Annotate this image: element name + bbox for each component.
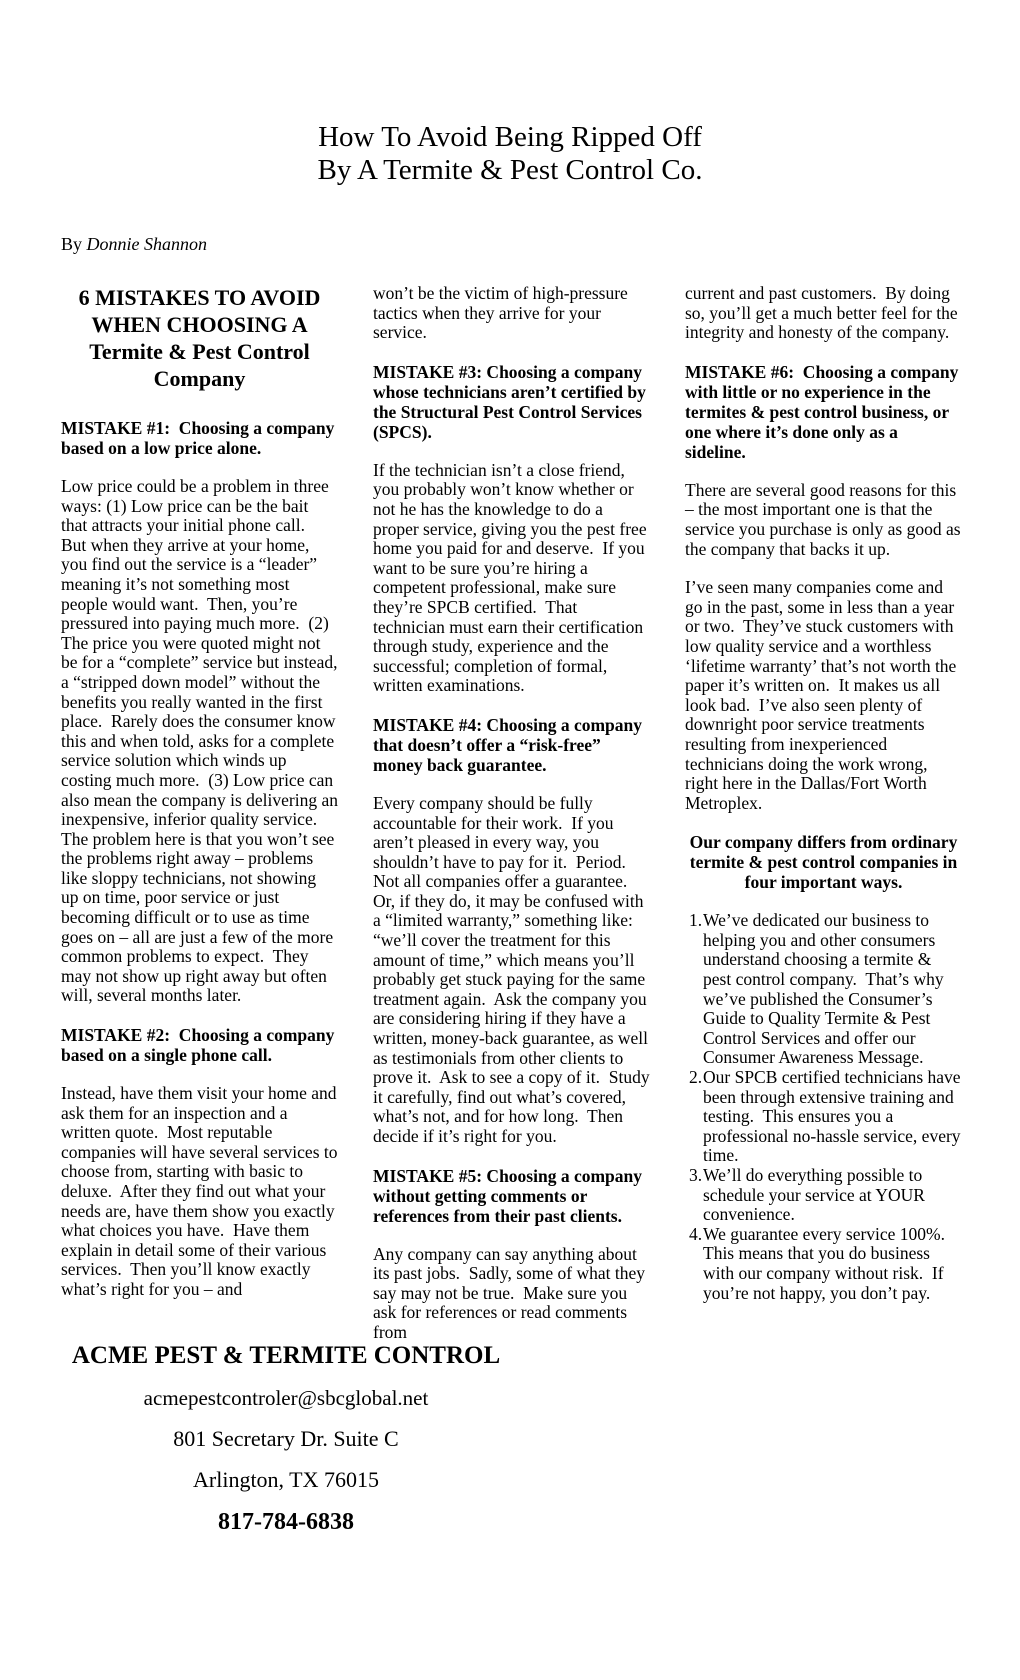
mistake3-body: If the technician isn’t a close friend, …: [373, 461, 650, 696]
list-item: 2.Our SPCB certified technicians have be…: [685, 1068, 962, 1166]
mistake2-body: Instead, have them visit your home and a…: [61, 1084, 338, 1300]
byline: By Donnie Shannon: [61, 234, 1020, 255]
column-2: won’t be the victim of high-pressure tac…: [373, 284, 650, 1362]
article-columns: 6 MISTAKES TO AVOID WHEN CHOOSING A Term…: [61, 284, 962, 1362]
company-phone: 817-784-6838: [0, 1508, 572, 1536]
mistake6-body-1: There are several good reasons for this …: [685, 481, 962, 559]
list-item: 1.We’ve dedicated our business to helpin…: [685, 911, 962, 1068]
company-email: acmepestcontroler@sbcglobal.net: [0, 1386, 572, 1411]
doc-title-line2: By A Termite & Pest Control Co.: [0, 154, 1020, 187]
column-3: current and past customers. By doing so,…: [685, 284, 962, 1362]
doc-title: How To Avoid Being Ripped Off By A Termi…: [0, 0, 1020, 187]
list-item-number: 1.: [689, 911, 702, 931]
mistake5-title: MISTAKE #5: Choosing a company without g…: [373, 1166, 650, 1226]
company-address-line1: 801 Secretary Dr. Suite C: [0, 1426, 572, 1452]
company-address-line2: Arlington, TX 76015: [0, 1467, 572, 1493]
four-ways-list: 1.We’ve dedicated our business to helpin…: [685, 911, 962, 1303]
mistake3-title: MISTAKE #3: Choosing a company whose tec…: [373, 362, 650, 442]
byline-prefix: By: [61, 234, 87, 254]
list-item-number: 4.: [689, 1225, 702, 1245]
byline-author: Donnie Shannon: [87, 234, 208, 254]
mistake6-body-2: I’ve seen many companies come and go in …: [685, 578, 962, 813]
mistake2-title: MISTAKE #2: Choosing a company based on …: [61, 1025, 338, 1065]
list-item-text: Our SPCB certified technicians have been…: [703, 1067, 965, 1165]
list-item: 3.We’ll do everything possible to schedu…: [685, 1166, 962, 1225]
list-item: 4.We guarantee every service 100%. This …: [685, 1225, 962, 1303]
document-page: How To Avoid Being Ripped Off By A Termi…: [0, 0, 1020, 1680]
list-item-number: 3.: [689, 1166, 702, 1186]
footer-contact: ACME PEST & TERMITE CONTROL acmepestcont…: [0, 1341, 572, 1536]
mistake4-title: MISTAKE #4: Choosing a company that does…: [373, 715, 650, 775]
doc-title-line1: How To Avoid Being Ripped Off: [0, 121, 1020, 154]
list-item-text: We’ll do everything possible to schedule…: [703, 1165, 929, 1224]
list-item-text: We’ve dedicated our business to helping …: [703, 910, 948, 1067]
mistake1-body: Low price could be a problem in three wa…: [61, 477, 338, 1006]
column2-continuation: won’t be the victim of high-pressure tac…: [373, 284, 650, 343]
mistake5-body: Any company can say anything about its p…: [373, 1245, 650, 1343]
column-1: 6 MISTAKES TO AVOID WHEN CHOOSING A Term…: [61, 284, 338, 1362]
list-item-number: 2.: [689, 1068, 702, 1088]
list-item-text: We guarantee every service 100%. This me…: [703, 1224, 949, 1303]
mistake4-body: Every company should be fully accountabl…: [373, 794, 650, 1147]
differs-heading: Our company differs from ordinary termit…: [685, 832, 962, 892]
mistake1-title: MISTAKE #1: Choosing a company based on …: [61, 418, 338, 458]
mistake6-title: MISTAKE #6: Choosing a company with litt…: [685, 362, 962, 462]
column1-heading: 6 MISTAKES TO AVOID WHEN CHOOSING A Term…: [61, 284, 338, 392]
column3-continuation: current and past customers. By doing so,…: [685, 284, 962, 343]
company-name: ACME PEST & TERMITE CONTROL: [0, 1341, 572, 1371]
